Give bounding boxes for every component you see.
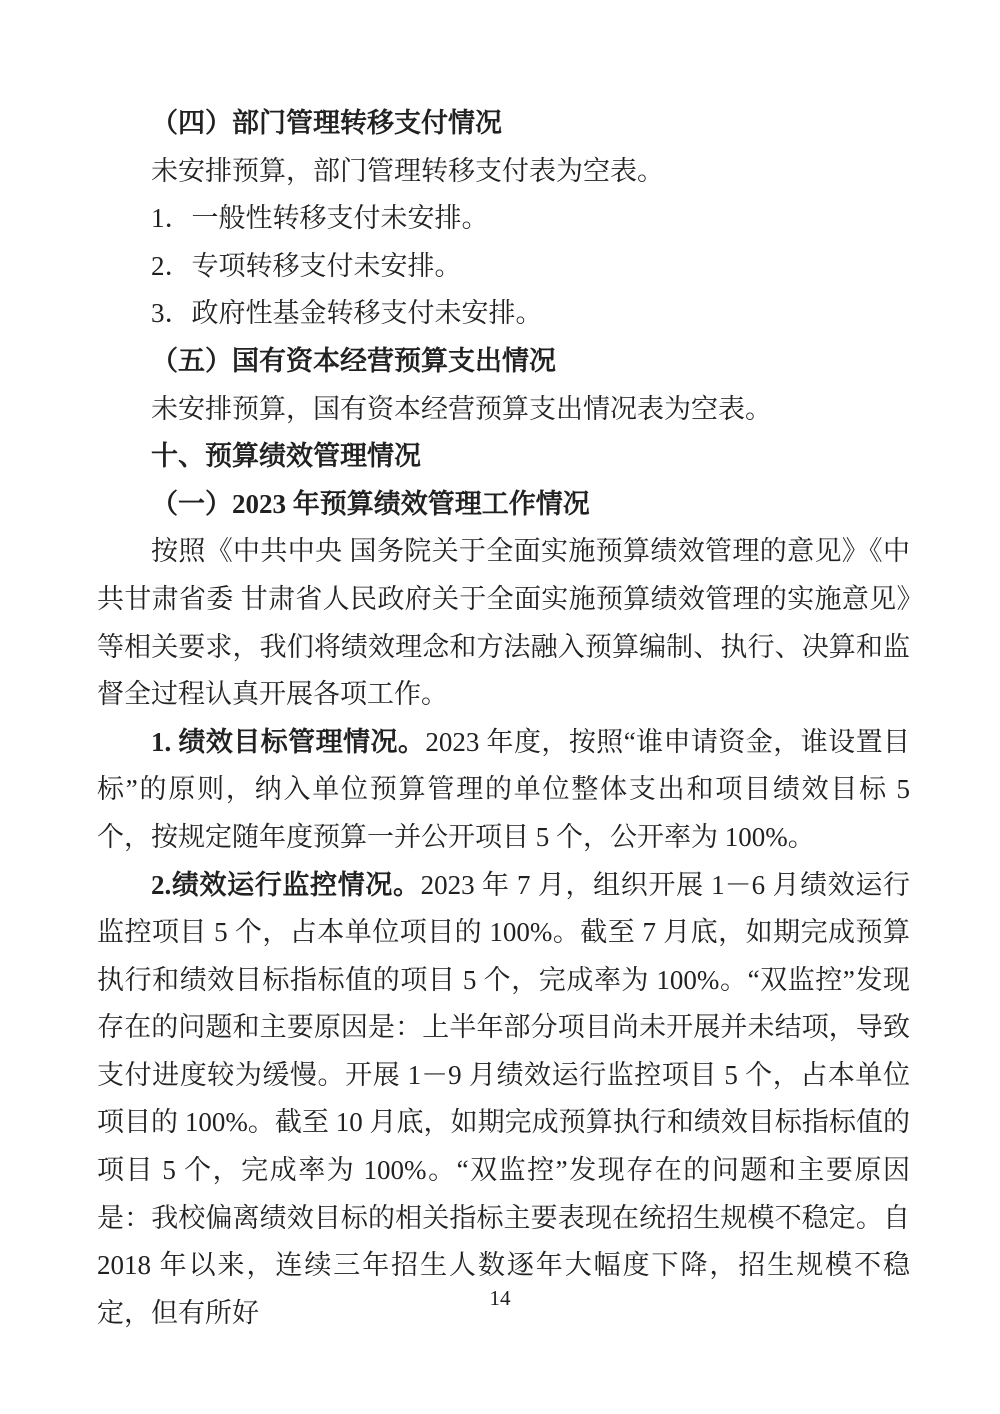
paragraph-lead-performance-monitoring: 2.绩效运行监控情况。 — [151, 870, 421, 900]
paragraph-text-performance-monitoring: 2023 年 7 月，组织开展 1－6 月绩效运行监控项目 5 个，占本单位项目… — [97, 870, 910, 1328]
section-heading-5: （五）国有资本经营预算支出情况 — [97, 338, 910, 386]
paragraph-performance-targets: 1. 绩效目标管理情况。2023 年度，按照“谁申请资金，谁设置目标”的原则，纳… — [97, 719, 910, 862]
document-page: （四）部门管理转移支付情况 未安排预算，部门管理转移支付表为空表。 1．一般性转… — [0, 0, 1000, 1414]
paragraph-performance-monitoring: 2.绩效运行监控情况。2023 年 7 月，组织开展 1－6 月绩效运行监控项目… — [97, 862, 910, 1338]
paragraph-lead-performance-targets: 1. 绩效目标管理情况。 — [151, 727, 425, 757]
paragraph-policy-basis: 按照《中共中央 国务院关于全面实施预算绩效管理的意见》《中共甘肃省委 甘肃省人民… — [97, 528, 910, 718]
list-item-general-transfer: 1．一般性转移支付未安排。 — [97, 195, 910, 243]
list-item-gov-fund-transfer: 3．政府性基金转移支付未安排。 — [97, 290, 910, 338]
section-heading-10: 十、预算绩效管理情况 — [97, 433, 910, 481]
list-item-special-transfer: 2．专项转移支付未安排。 — [97, 243, 910, 291]
paragraph-empty-table-state-capital: 未安排预算，国有资本经营预算支出情况表为空表。 — [97, 386, 910, 434]
page-number: 14 — [0, 1286, 1000, 1311]
paragraph-empty-table-transfer: 未安排预算，部门管理转移支付表为空表。 — [97, 148, 910, 196]
section-heading-4: （四）部门管理转移支付情况 — [97, 100, 910, 148]
document-body: （四）部门管理转移支付情况 未安排预算，部门管理转移支付表为空表。 1．一般性转… — [97, 100, 910, 1337]
subsection-heading-1: （一）2023 年预算绩效管理工作情况 — [97, 481, 910, 529]
